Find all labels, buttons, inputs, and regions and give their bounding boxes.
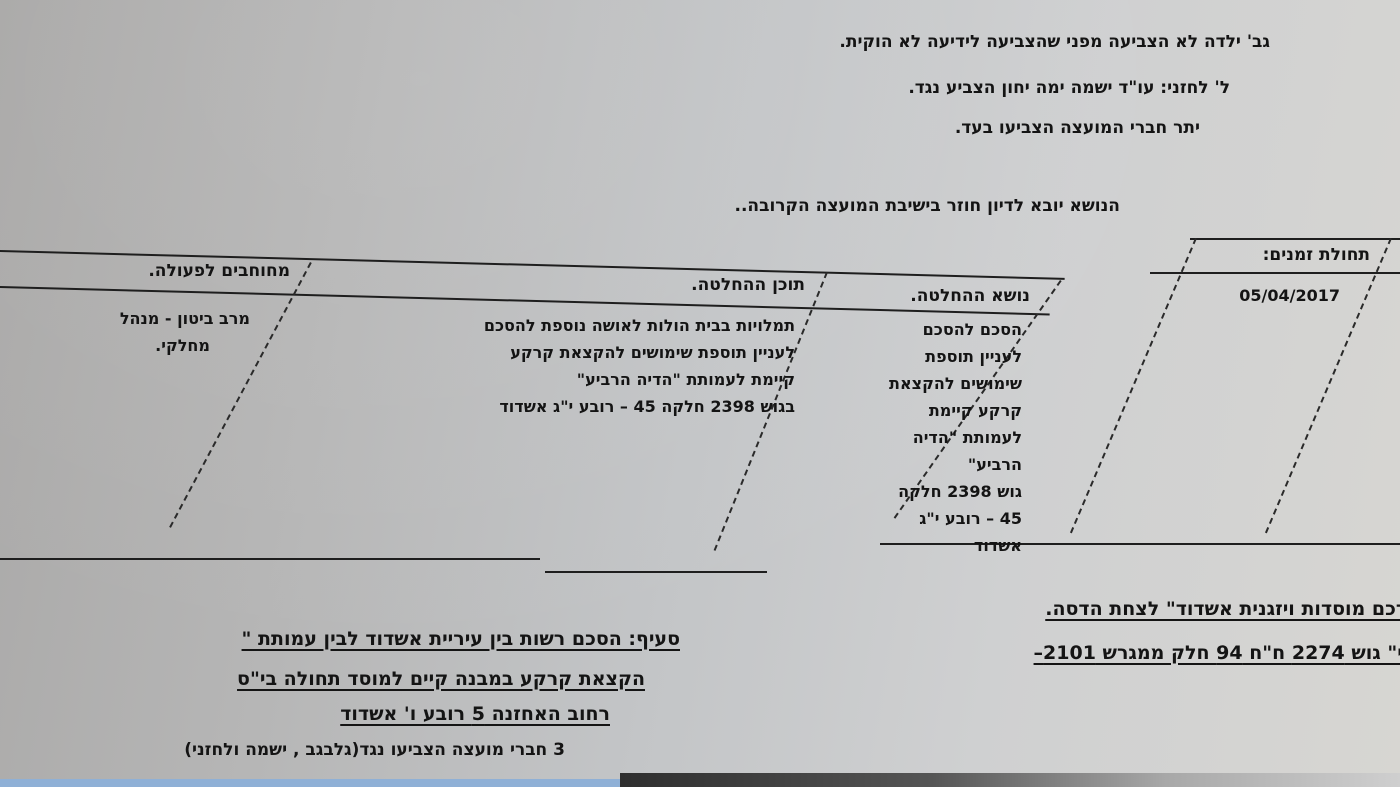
subject-line: הסכם להסכם: [782, 316, 1022, 343]
header-subject: נושא ההחלטה.: [910, 283, 1030, 310]
subject-line: הרביע": [782, 451, 1022, 478]
header-content: תוכן ההחלטה.: [691, 272, 805, 299]
intro-line-2: ל' לחזני: עו"ד ישמה ימה יחון הצביע נגד.: [908, 78, 1230, 98]
subject-line: קרקע קיימת: [782, 397, 1022, 424]
header-due-date: תחולת זמנים:: [1263, 242, 1370, 269]
bottom-right-line-1: ערכם מוסדות ויזגנית אשדוד" לצחת הדסה.: [1045, 598, 1400, 620]
vote-line: 3 חברי מועצה הצביעו נגד(גלבגב , ישמה ולח…: [184, 740, 565, 760]
content-line: בגוש 2398 חלקה 45 – רובע י"ג אשדוד: [295, 393, 795, 420]
bottom-left-line-2: הקצאת קרקע במבנה קיים למוסד תחולה בי"ס: [237, 668, 645, 690]
content-line: לעניין תוספת שימושים להקצאת קרקע: [295, 339, 795, 366]
subject-line: לעניין תוספת: [782, 343, 1022, 370]
table-rule: [545, 571, 767, 573]
bottom-left-line-1: סעיף: הסכם רשות בין עיריית אשדוד לבין עמ…: [242, 628, 680, 650]
row-content: תמלויות בבית הולות לאושה נוספת להסכם לענ…: [295, 312, 795, 420]
table-border: [169, 262, 312, 528]
subject-line: 45 – רובע י"ג: [782, 505, 1022, 532]
table-rule: [1190, 238, 1400, 240]
intro-line-1: גב' ילדה לא הצביעה מפני שהצביעה לידיעה ל…: [839, 32, 1270, 52]
taskbar-edge: [0, 779, 620, 787]
subject-line: גוש 2398 חלקה: [782, 478, 1022, 505]
row-due-date: 05/04/2017: [1239, 282, 1340, 309]
subject-line: אשדוד: [782, 532, 1022, 559]
intro-line-3: יתר חברי המועצה הצביעו בעד.: [955, 118, 1200, 138]
bottom-left-line-3: רחוב האחזנה 5 רובע ו' אשדוד: [340, 703, 610, 725]
responsible-line: מחלקי.: [20, 332, 250, 359]
taskbar: [620, 773, 1400, 787]
row-subject: הסכם להסכם לעניין תוספת שימושים להקצאת ק…: [782, 316, 1022, 559]
content-line: תמלויות בבית הולות לאושה נוספת להסכם: [295, 312, 795, 339]
content-line: קיימת לעמותת "הדיה הרביע": [295, 366, 795, 393]
subject-line: שימושים להקצאת: [782, 370, 1022, 397]
bottom-right-line-2: גני" גוש 2274 ח"ח 94 חלק ממגרש 2101–: [1034, 642, 1400, 664]
responsible-line: מרב ביטון - מנהל: [20, 305, 250, 332]
note-line: הנושא יובא לדיון חוזר בישיבת המועצה הקרו…: [735, 196, 1121, 216]
table-border: [1070, 238, 1197, 533]
header-responsible: מחוחבים לפעולה.: [148, 258, 290, 285]
subject-line: לעמותת "הדיה: [782, 424, 1022, 451]
table-rule: [0, 558, 540, 560]
row-responsible: מרב ביטון - מנהל מחלקי.: [20, 305, 250, 359]
table-rule: [1150, 272, 1400, 274]
